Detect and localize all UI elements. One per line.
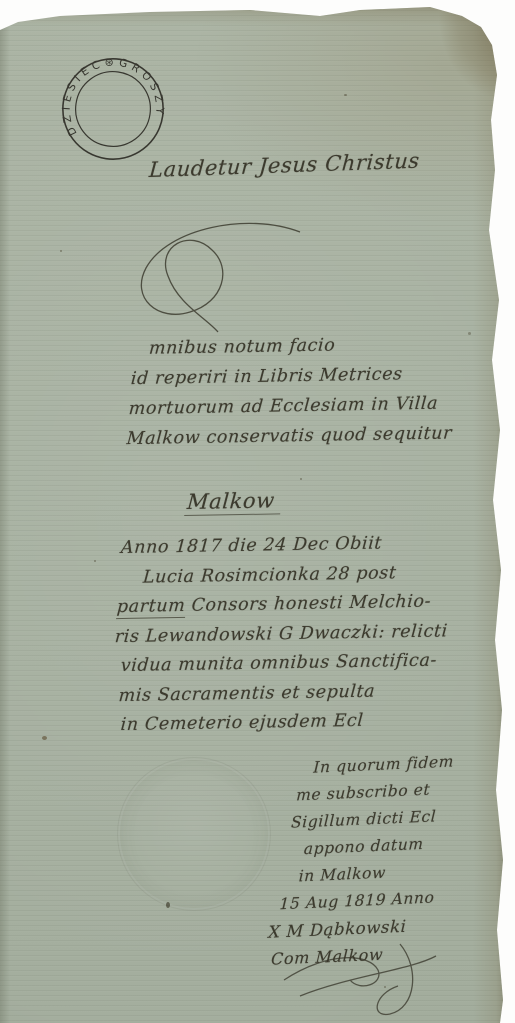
speck <box>166 902 170 908</box>
speck <box>60 250 62 252</box>
revenue-stamp: DZIESIEC⊛GROSZY <box>46 42 179 175</box>
speck <box>468 332 471 335</box>
invocation-line: Laudetur Jesus Christus <box>148 149 420 183</box>
left-edge-shade <box>0 0 10 1023</box>
top-right-corner-fold <box>405 0 515 140</box>
drop-cap-O-flourish <box>128 220 310 338</box>
place-heading-text: Malkow <box>184 488 281 516</box>
stamp-graphic: DZIESIEC⊛GROSZY <box>46 42 179 175</box>
manuscript-line: Malkow conservatis quod sequitur <box>126 418 454 454</box>
stamp-outer-ring <box>56 52 169 165</box>
embossed-seal <box>118 758 270 910</box>
speck <box>344 94 347 96</box>
manuscript-line: vidua munita omnibus Sanctifica- <box>112 646 447 681</box>
record-paragraph: Anno 1817 die 24 Dec Obiit Lucia Rosimci… <box>108 528 455 741</box>
manuscript-line: in Cemeterio ejusdem Ecl <box>108 705 443 740</box>
place-heading: Malkow <box>184 488 281 514</box>
flourish-stroke <box>141 223 300 332</box>
intro-paragraph: mnibus notum facio id reperiri in Libris… <box>126 328 460 454</box>
speck <box>384 986 386 988</box>
scan-background: DZIESIEC⊛GROSZY Laudetur Jesus Christus … <box>0 0 515 1023</box>
flourish-stroke <box>284 944 436 1014</box>
right-torn-edge <box>473 0 515 1023</box>
document-page: DZIESIEC⊛GROSZY Laudetur Jesus Christus … <box>0 0 515 1023</box>
speck <box>94 560 96 562</box>
signature-flourish <box>278 938 443 1020</box>
underlined-word: partum <box>116 596 186 619</box>
speck <box>300 478 302 480</box>
speck <box>42 736 47 740</box>
